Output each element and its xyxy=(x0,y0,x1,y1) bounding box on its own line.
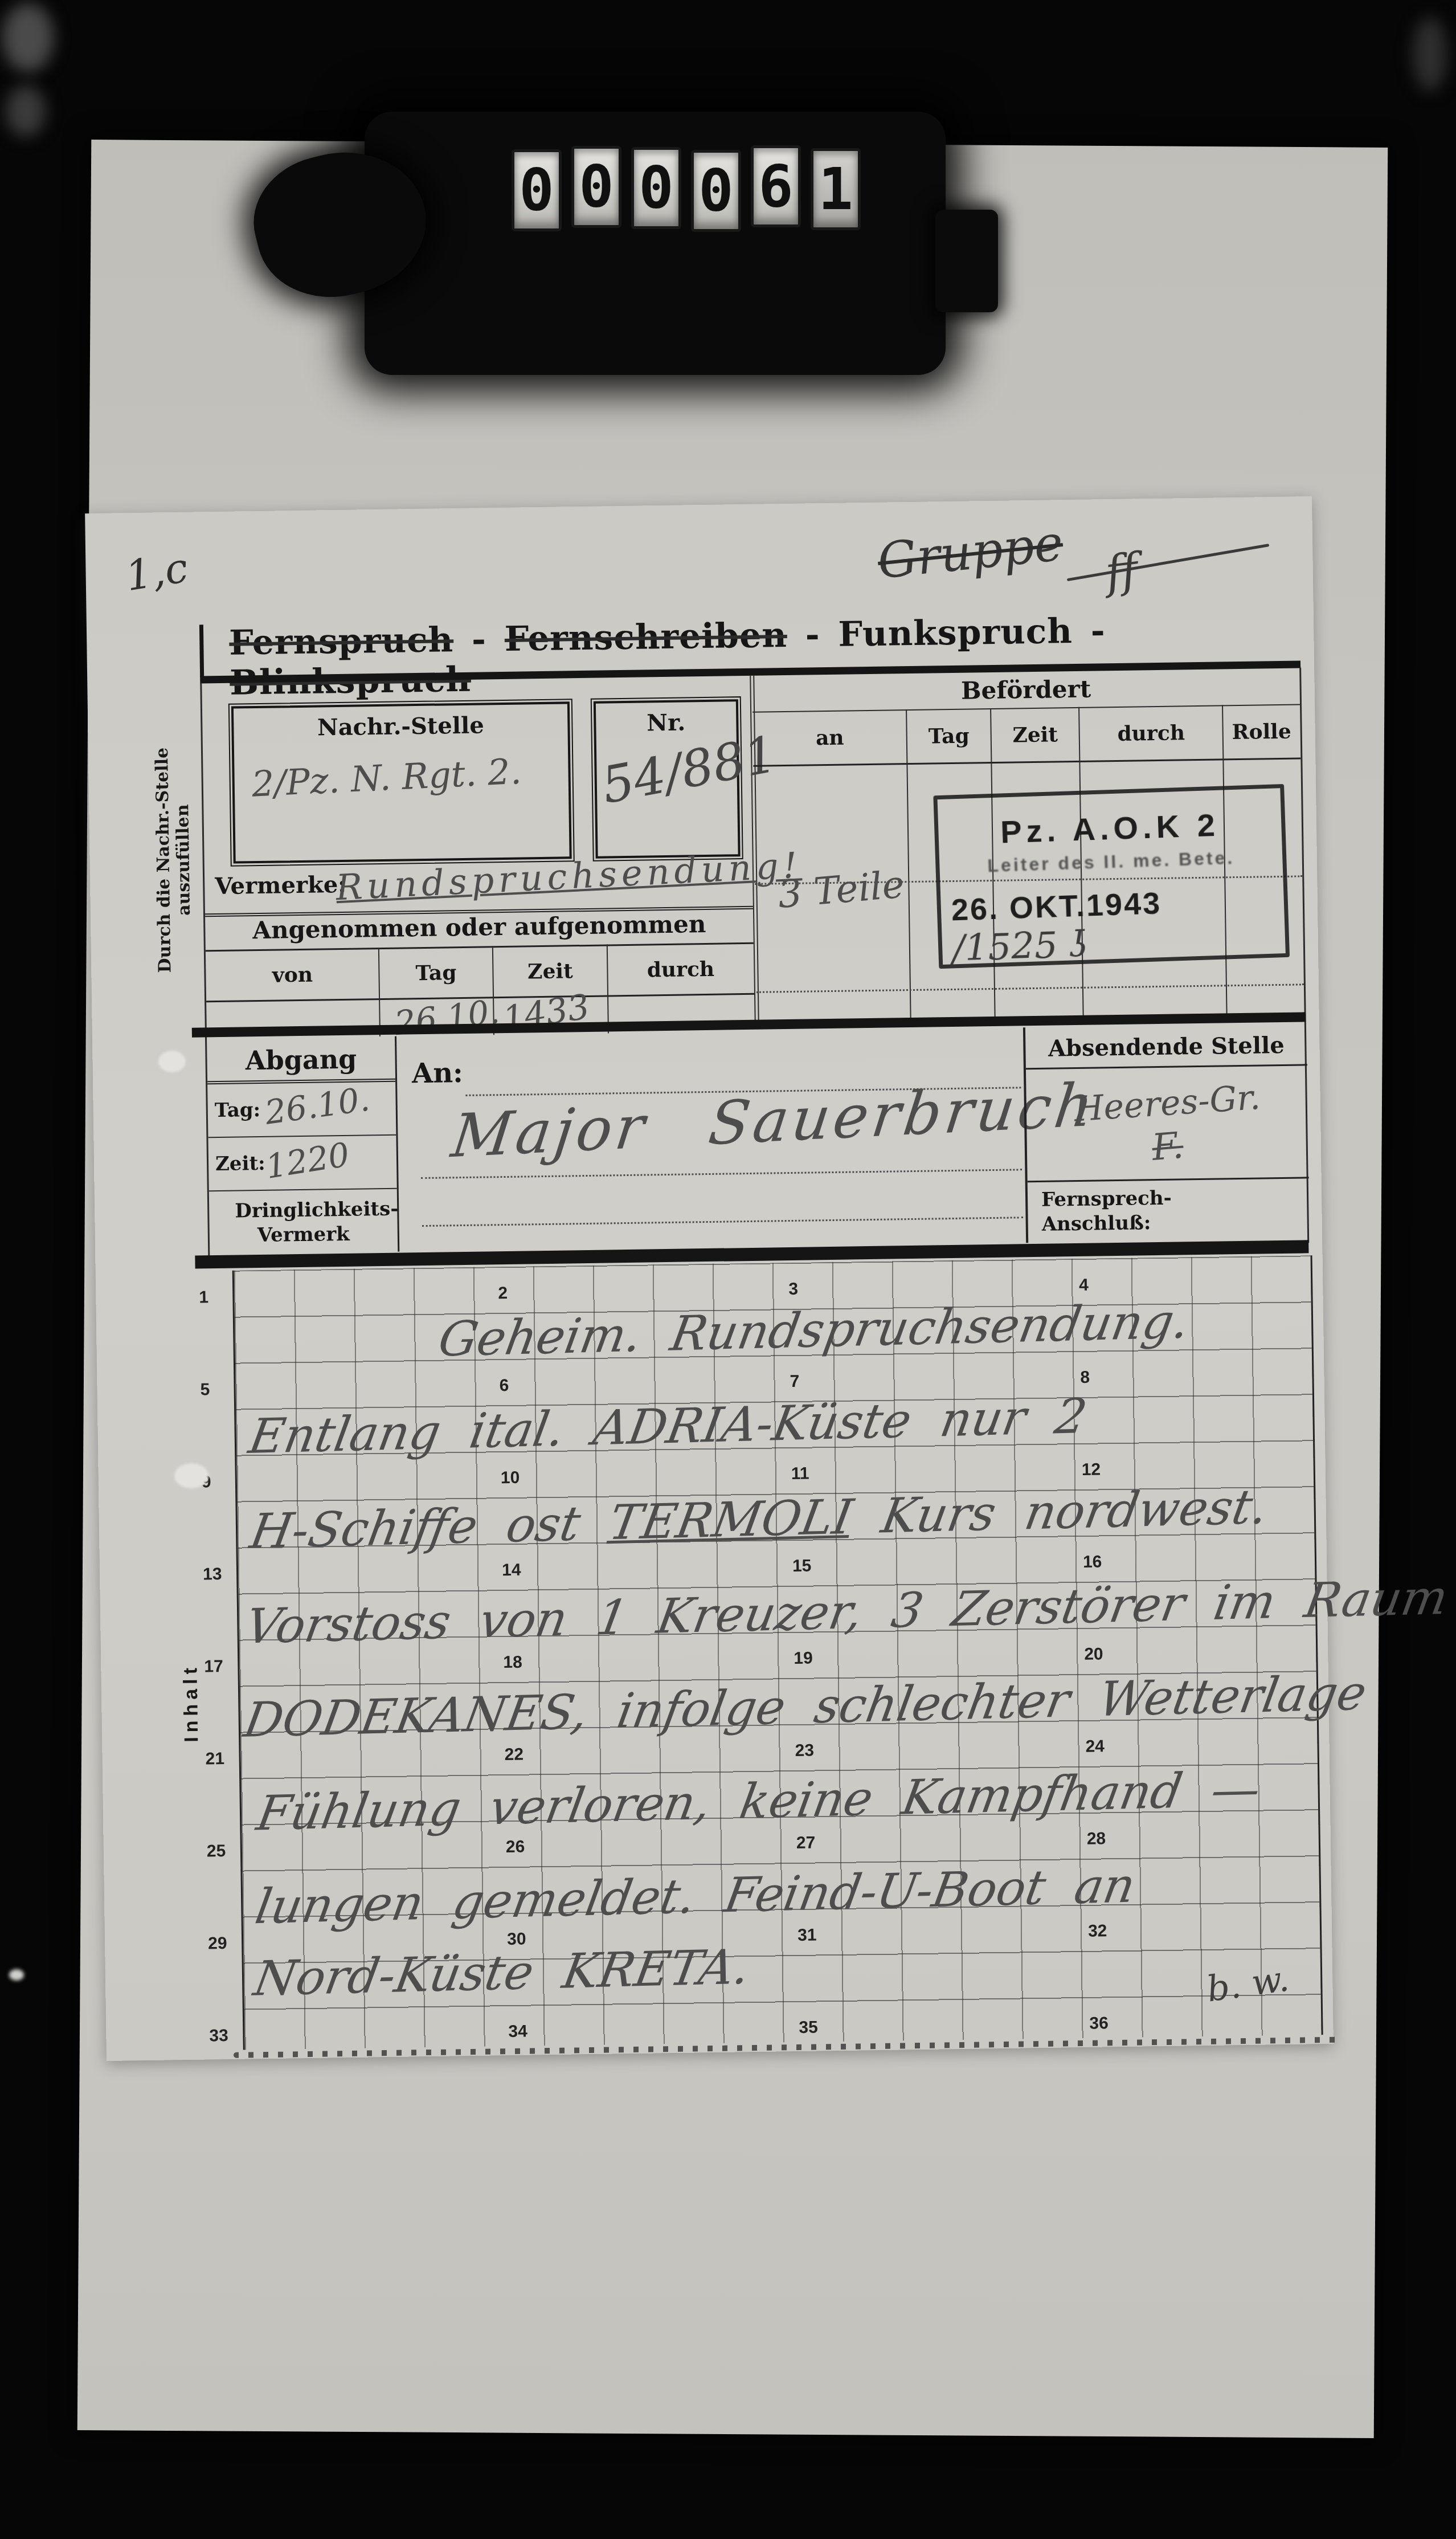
grid-cell-number: 27 xyxy=(796,1833,816,1852)
fernsprech-row: Fernsprech-Anschluß: xyxy=(1028,1177,1310,1243)
receipt-stamp: Pz. A.O.K 2 Leiter des II. me. Bete. 26.… xyxy=(933,784,1290,969)
counter-digit: 0 xyxy=(631,147,681,229)
title-separator: - xyxy=(787,615,839,655)
word-grid: b. w. 1234567891011121314151617181920212… xyxy=(232,1255,1323,2050)
grid-cell-number: 31 xyxy=(797,1925,817,1945)
inhalt-label: Inhalt xyxy=(179,1643,203,1764)
an-dotted-line xyxy=(422,1217,1023,1227)
befoerdert-section: Befördert an Tag Zeit durch Rolle 3 Teil… xyxy=(752,667,1304,1021)
stamp-unit: Pz. A.O.K 2 xyxy=(938,804,1282,852)
vermerke-row: Vermerke: Rundspruchsendung! xyxy=(205,852,753,917)
message-line: Entlang ital. ADRIA-Küste nur 2 xyxy=(245,1388,1091,1464)
turn-over-note: b. w. xyxy=(1204,1957,1291,2010)
angenommen-section: Angenommen oder aufgenommen von Tag Zeit… xyxy=(205,909,755,1039)
grid-cell-number: 24 xyxy=(1085,1737,1105,1756)
grid-cell-number: 8 xyxy=(1080,1368,1090,1387)
absender-box: Absendende Stelle Heeres-Gr. F. Fernspre… xyxy=(1023,1023,1310,1243)
abgang-zeit-row: Zeit: 1220 xyxy=(208,1136,396,1192)
counter-digits: 000061 xyxy=(512,147,861,229)
title-separator: - xyxy=(453,619,505,660)
punch-hole xyxy=(174,1463,208,1488)
message-form-sheet: 1,c Gruppe ﬀ Fernspruch - Fernschreiben … xyxy=(85,496,1334,2061)
col-zeit2: Zeit xyxy=(493,946,608,997)
grid-cell-number: 34 xyxy=(508,2022,527,2042)
befoerdert-header-row: an Tag Zeit durch Rolle xyxy=(752,704,1300,766)
counter-digit: 1 xyxy=(811,148,861,230)
stamp-time-handwritten: /1525 ʖ xyxy=(952,923,1089,970)
grid-cell-number: 18 xyxy=(503,1653,522,1672)
film-smudge xyxy=(6,85,46,137)
message-line: H-Schiffe ost TERMOLI Kurs nordwest. xyxy=(246,1479,1272,1560)
title-word: Fernspruch xyxy=(229,620,454,663)
grid-cell-number: 2 xyxy=(498,1284,508,1303)
grid-cell-number: 15 xyxy=(792,1557,812,1576)
befoerdert-title: Befördert xyxy=(752,672,1300,707)
col-tag: Tag xyxy=(906,709,991,763)
grid-cell-number: 32 xyxy=(1088,1921,1107,1941)
grid-cell-number: 29 xyxy=(208,1934,227,1953)
nr-box: Nr. 54/881 xyxy=(594,699,741,859)
grid-cell-number: 35 xyxy=(799,2018,818,2037)
title-word: Fernschreiben xyxy=(504,615,787,659)
underlined-word: TERMOLI xyxy=(605,1489,857,1551)
counter-digit: 0 xyxy=(571,146,621,228)
grid-cell-number: 4 xyxy=(1079,1276,1089,1295)
absender-title: Absendende Stelle xyxy=(1025,1023,1307,1070)
grid-cell-number: 6 xyxy=(499,1376,509,1395)
grid-cell-number: 10 xyxy=(501,1468,520,1488)
microfilm-frame: 1,c Gruppe ﬀ Fernspruch - Fernschreiben … xyxy=(0,0,1456,2539)
film-counter-knob xyxy=(935,210,998,312)
grid-cell-number: 28 xyxy=(1087,1829,1106,1848)
grid-cell-number: 25 xyxy=(207,1842,226,1861)
message-line: Geheim. Rundspruchsendung. xyxy=(435,1293,1193,1367)
vermerke-label: Vermerke: xyxy=(215,871,346,900)
grid-cell-number: 16 xyxy=(1083,1552,1102,1571)
message-line: Fühlung verloren, keine Kampfhand — xyxy=(253,1761,1265,1841)
film-smudge xyxy=(1413,17,1447,91)
abgang-zeit-label: Zeit: xyxy=(215,1152,265,1175)
fernsprech-label: Fernsprech-Anschluß: xyxy=(1041,1186,1213,1236)
counter-digit: 0 xyxy=(512,149,562,231)
grid-cell-number: 7 xyxy=(790,1372,799,1391)
punch-hole xyxy=(158,1051,186,1072)
col-durch2: durch xyxy=(607,944,754,995)
message-line: Vorstoss von 1 Kreuzer, 3 Zerstörer im R… xyxy=(242,1569,1452,1655)
col-von: von xyxy=(206,949,379,1001)
grid-cell-number: 21 xyxy=(205,1749,224,1769)
an-value: Major Sauerbruch xyxy=(448,1070,1101,1171)
pencil-signature-stroke xyxy=(1067,544,1270,581)
title-separator: - xyxy=(1072,611,1106,651)
pencil-note-text: Gruppe xyxy=(875,515,1066,590)
corner-annotation: 1,c xyxy=(122,544,191,601)
pencil-signature: ﬀ xyxy=(1102,543,1140,599)
grid-cell-number: 20 xyxy=(1084,1644,1103,1664)
grid-cell-number: 33 xyxy=(209,2026,228,2046)
abgang-tag-label: Tag: xyxy=(215,1099,261,1122)
an-dotted-line xyxy=(421,1169,1022,1179)
title-word: Funkspruch xyxy=(838,611,1073,655)
abgang-title: Abgang xyxy=(207,1036,395,1085)
grid-cell-number: 22 xyxy=(504,1745,523,1765)
grid-cell-number: 5 xyxy=(200,1380,210,1399)
grid-cell-number: 11 xyxy=(791,1464,809,1484)
abgang-tag-value: 26.10. xyxy=(263,1079,372,1132)
nachr-stelle-label: Nachr.-Stelle xyxy=(234,711,568,742)
grid-cell-number: 36 xyxy=(1089,2014,1109,2033)
col-durch: durch xyxy=(1079,706,1223,761)
counter-digit: 0 xyxy=(691,150,741,232)
grid-cell-number: 3 xyxy=(788,1280,798,1299)
grid-cell-number: 23 xyxy=(795,1741,814,1761)
abgang-box: Abgang Tag: 26.10. Zeit: 1220 Dringlichk… xyxy=(207,1036,399,1255)
nr-value: 54/881 xyxy=(597,732,741,815)
col-tag2: Tag xyxy=(379,948,493,998)
col-rolle: Rolle xyxy=(1222,705,1300,758)
counter-digit: 6 xyxy=(751,145,801,227)
grid-cell-number: 12 xyxy=(1082,1460,1101,1479)
grid-cell-number: 17 xyxy=(204,1657,223,1676)
dringlichkeit-label: Dringlichkeits-Vermerk xyxy=(235,1197,372,1247)
grid-cell-number: 13 xyxy=(203,1565,222,1584)
an-field: An: Major Sauerbruch xyxy=(396,1027,1026,1251)
film-smudge xyxy=(2,3,54,72)
message-line: lungen gemeldet. Feind-U-Boot an xyxy=(251,1857,1139,1934)
message-line: Nord-Küste KRETA. xyxy=(250,1938,754,2006)
grid-cell-number: 26 xyxy=(506,1838,525,1857)
stamp-date: 26. OKT.1943 xyxy=(951,886,1162,927)
abgang-tag-row: Tag: 26.10. xyxy=(207,1082,396,1138)
film-smudge xyxy=(9,1969,24,1981)
col-zeit: Zeit xyxy=(991,708,1079,762)
message-line: DODEKANES, infolge schlechter Wetterlage xyxy=(240,1665,1371,1748)
an-label: An: xyxy=(412,1057,464,1089)
nachr-stelle-value: 2/Pz. N. Rgt. 2. xyxy=(251,748,569,805)
abgang-zeit-value: 1220 xyxy=(263,1135,352,1186)
nr-label: Nr. xyxy=(596,708,737,737)
grid-cell-number: 19 xyxy=(794,1649,813,1668)
befoerdert-dotted-row xyxy=(756,983,1304,993)
side-fill-in-label: Durch die Nachr.-Stelle auszufüllen xyxy=(151,689,195,1031)
grid-cell-number: 1 xyxy=(199,1288,208,1307)
grid-cell-number: 14 xyxy=(502,1561,521,1580)
col-an: an xyxy=(752,711,907,765)
title-left-tick xyxy=(199,624,204,677)
nachr-stelle-box: Nachr.-Stelle 2/Pz. N. Rgt. 2. xyxy=(231,701,572,863)
